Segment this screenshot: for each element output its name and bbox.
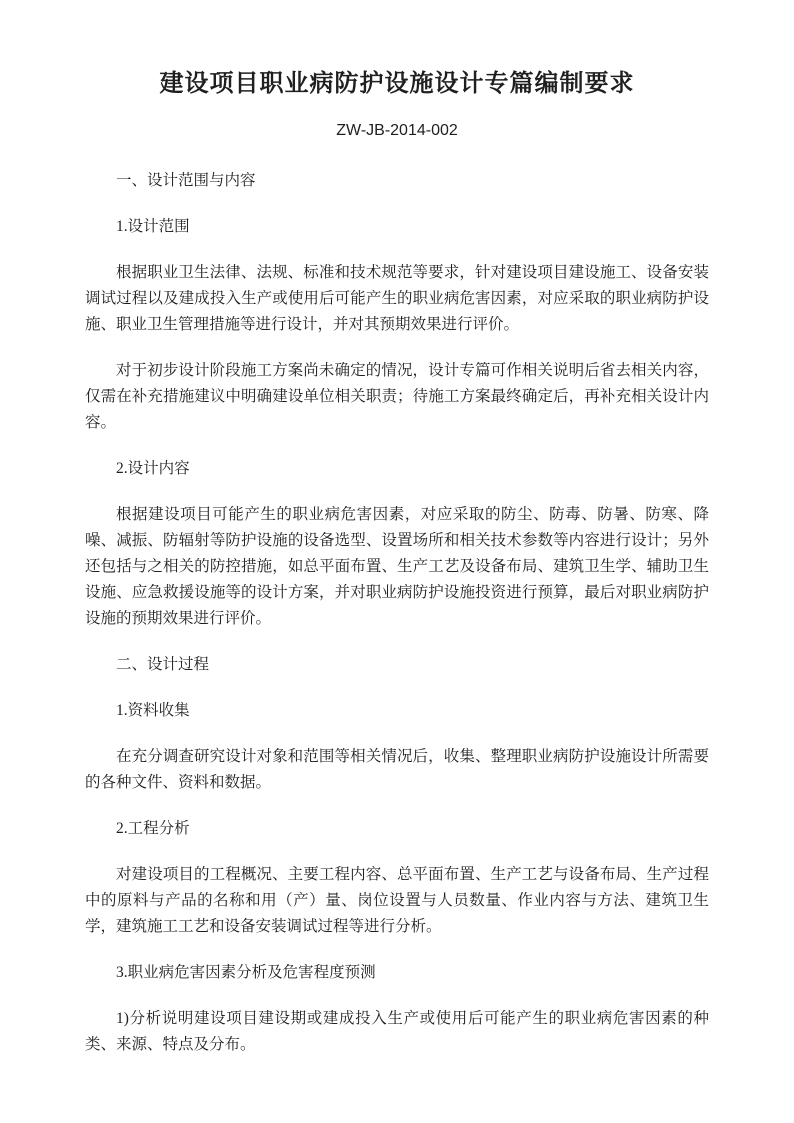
- heading-design-process: 二、设计过程: [85, 652, 709, 678]
- subheading-hazard-factor-analysis: 3.职业病危害因素分析及危害程度预测: [85, 960, 709, 986]
- subheading-engineering-analysis: 2.工程分析: [85, 816, 709, 842]
- paragraph-engineering-analysis: 对建设项目的工程概况、主要工程内容、总平面布置、生产工艺与设备布局、生产过程中的…: [85, 862, 709, 940]
- document-page: 建设项目职业病防护设施设计专篇编制要求 ZW-JB-2014-002 一、设计范…: [0, 0, 794, 1123]
- heading-design-scope-and-content: 一、设计范围与内容: [85, 168, 709, 194]
- paragraph-hazard-factor-analysis: 1)分析说明建设项目建设期或建成投入生产或使用后可能产生的职业病危害因素的种类、…: [85, 1006, 709, 1058]
- paragraph-data-collection: 在充分调查研究设计对象和范围等相关情况后，收集、整理职业病防护设施设计所需要的各…: [85, 744, 709, 796]
- document-number: ZW-JB-2014-002: [85, 120, 709, 142]
- document-title: 建设项目职业病防护设施设计专篇编制要求: [85, 66, 709, 102]
- paragraph-preliminary-design-note: 对于初步设计阶段施工方案尚未确定的情况，设计专篇可作相关说明后省去相关内容，仅需…: [85, 358, 709, 436]
- paragraph-design-content: 根据建设项目可能产生的职业病危害因素，对应采取的防尘、防毒、防暑、防寒、降噪、减…: [85, 502, 709, 632]
- subheading-design-scope: 1.设计范围: [85, 214, 709, 240]
- subheading-data-collection: 1.资料收集: [85, 698, 709, 724]
- subheading-design-content: 2.设计内容: [85, 456, 709, 482]
- paragraph-design-scope: 根据职业卫生法律、法规、标准和技术规范等要求，针对建设项目建设施工、设备安装调试…: [85, 260, 709, 338]
